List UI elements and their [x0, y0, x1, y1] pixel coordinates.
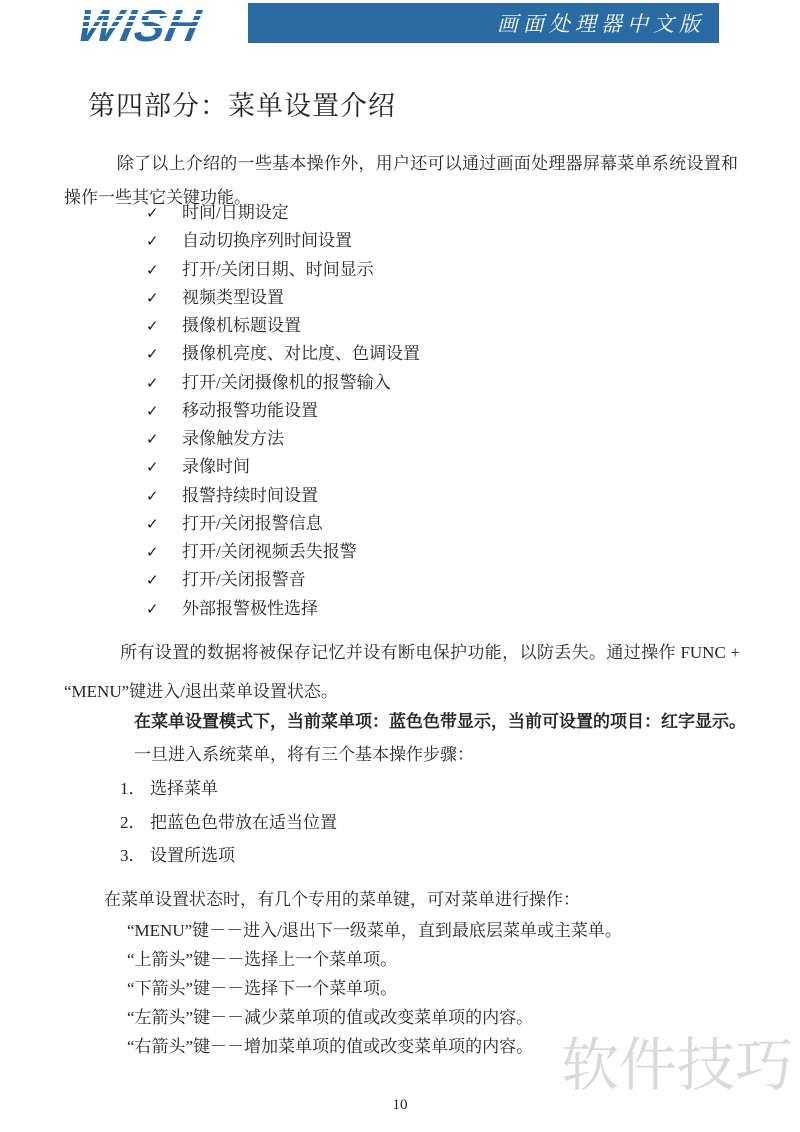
- check-icon: ✓: [146, 543, 182, 561]
- check-icon: ✓: [146, 345, 182, 363]
- product-label: 画面处理器中文版: [497, 8, 705, 38]
- step-label: 选择菜单: [150, 774, 218, 799]
- checklist-item: ✓报警持续时间设置: [146, 481, 420, 509]
- page-title: 第四部分：菜单设置介绍: [88, 84, 396, 123]
- checklist-item-label: 打开/关闭视频丢失报警: [182, 537, 357, 562]
- checklist-item: ✓录像触发方法: [146, 424, 420, 452]
- checklist-item-label: 自动切换序列时间设置: [182, 226, 352, 251]
- step-label: 设置所选项: [150, 841, 235, 866]
- check-icon: ✓: [146, 515, 182, 533]
- steps-intro: 一旦进入系统菜单，将有三个基本操作步骤：: [134, 738, 474, 772]
- step-item: 3．设置所选项: [120, 837, 337, 870]
- checklist-item: ✓打开/关闭报警音: [146, 565, 420, 593]
- checklist-item-label: 录像触发方法: [182, 424, 284, 449]
- checklist-item-label: 打开/关闭摄像机的报警输入: [182, 368, 391, 393]
- checklist-item: ✓时间/日期设定: [146, 198, 420, 226]
- checklist-item-label: 打开/关闭报警信息: [182, 509, 323, 534]
- checklist-item-label: 报警持续时间设置: [182, 481, 318, 506]
- key-line: “下箭头”键－－选择下一个菜单项。: [127, 972, 622, 1001]
- key-line: “右箭头”键－－增加菜单项的值或改变菜单项的内容。: [127, 1030, 622, 1059]
- checklist-item: ✓打开/关闭报警信息: [146, 509, 420, 537]
- checklist-item: ✓视频类型设置: [146, 283, 420, 311]
- check-icon: ✓: [146, 232, 182, 250]
- watermark: 软件技巧: [561, 1034, 793, 1096]
- checklist-item: ✓打开/关闭日期、时间显示: [146, 255, 420, 283]
- feature-checklist: ✓时间/日期设定 ✓自动切换序列时间设置 ✓打开/关闭日期、时间显示 ✓视频类型…: [146, 198, 420, 622]
- header-bar: 画面处理器中文版: [248, 3, 719, 43]
- checklist-item-label: 打开/关闭报警音: [182, 565, 306, 590]
- step-number: 3．: [120, 841, 150, 866]
- key-descriptions-list: “MENU”键－－进入/退出下一级菜单，直到最底层菜单或主菜单。 “上箭头”键－…: [127, 914, 622, 1059]
- wish-logo-text: WISH: [73, 0, 205, 48]
- step-item: 2．把蓝色色带放在适当位置: [120, 803, 337, 836]
- check-icon: ✓: [146, 402, 182, 420]
- key-line: “左箭头”键－－减少菜单项的值或改变菜单项的内容。: [127, 1001, 622, 1030]
- check-icon: ✓: [146, 458, 182, 476]
- check-icon: ✓: [146, 600, 182, 618]
- step-label: 把蓝色色带放在适当位置: [150, 808, 337, 833]
- key-line: “上箭头”键－－选择上一个菜单项。: [127, 943, 622, 972]
- checklist-item: ✓打开/关闭视频丢失报警: [146, 537, 420, 565]
- checklist-item-label: 摄像机标题设置: [182, 311, 301, 336]
- checklist-item-label: 摄像机亮度、对比度、色调设置: [182, 339, 420, 364]
- keys-intro: 在菜单设置状态时，有几个专用的菜单键，可对菜单进行操作：: [104, 883, 580, 917]
- checklist-item: ✓外部报警极性选择: [146, 594, 420, 622]
- checklist-item: ✓摄像机标题设置: [146, 311, 420, 339]
- check-icon: ✓: [146, 261, 182, 279]
- step-item: 1．选择菜单: [120, 770, 337, 803]
- checklist-item-label: 视频类型设置: [182, 283, 284, 308]
- key-line: “MENU”键－－进入/退出下一级菜单，直到最底层菜单或主菜单。: [127, 914, 622, 943]
- check-icon: ✓: [146, 571, 182, 589]
- menu-mode-paragraph: 在菜单设置模式下，当前菜单项：蓝色色带显示，当前可设置的项目：红字显示。: [134, 705, 746, 739]
- checklist-item-label: 外部报警极性选择: [182, 594, 318, 619]
- steps-list: 1．选择菜单 2．把蓝色色带放在适当位置 3．设置所选项: [120, 770, 337, 870]
- wish-logo: WISH: [66, 0, 262, 48]
- page-number: 10: [0, 1097, 800, 1114]
- document-page: WISH 画面处理器中文版 第四部分：菜单设置介绍 除了以上介绍的一些基本操作外…: [0, 0, 800, 1132]
- checklist-item-label: 打开/关闭日期、时间显示: [182, 255, 374, 280]
- check-icon: ✓: [146, 317, 182, 335]
- step-number: 2．: [120, 808, 150, 833]
- checklist-item-label: 录像时间: [182, 452, 250, 477]
- check-icon: ✓: [146, 430, 182, 448]
- check-icon: ✓: [146, 289, 182, 307]
- checklist-item: ✓打开/关闭摄像机的报警输入: [146, 368, 420, 396]
- check-icon: ✓: [146, 487, 182, 505]
- check-icon: ✓: [146, 374, 182, 392]
- check-icon: ✓: [146, 204, 182, 222]
- checklist-item: ✓录像时间: [146, 452, 420, 480]
- checklist-item: ✓摄像机亮度、对比度、色调设置: [146, 339, 420, 367]
- step-number: 1．: [120, 774, 150, 799]
- save-settings-paragraph: 所有设置的数据将被保存记忆并设有断电保护功能，以防丢失。通过操作 FUNC + …: [64, 633, 740, 711]
- checklist-item-label: 移动报警功能设置: [182, 396, 318, 421]
- checklist-item-label: 时间/日期设定: [182, 198, 289, 223]
- checklist-item: ✓移动报警功能设置: [146, 396, 420, 424]
- checklist-item: ✓自动切换序列时间设置: [146, 226, 420, 254]
